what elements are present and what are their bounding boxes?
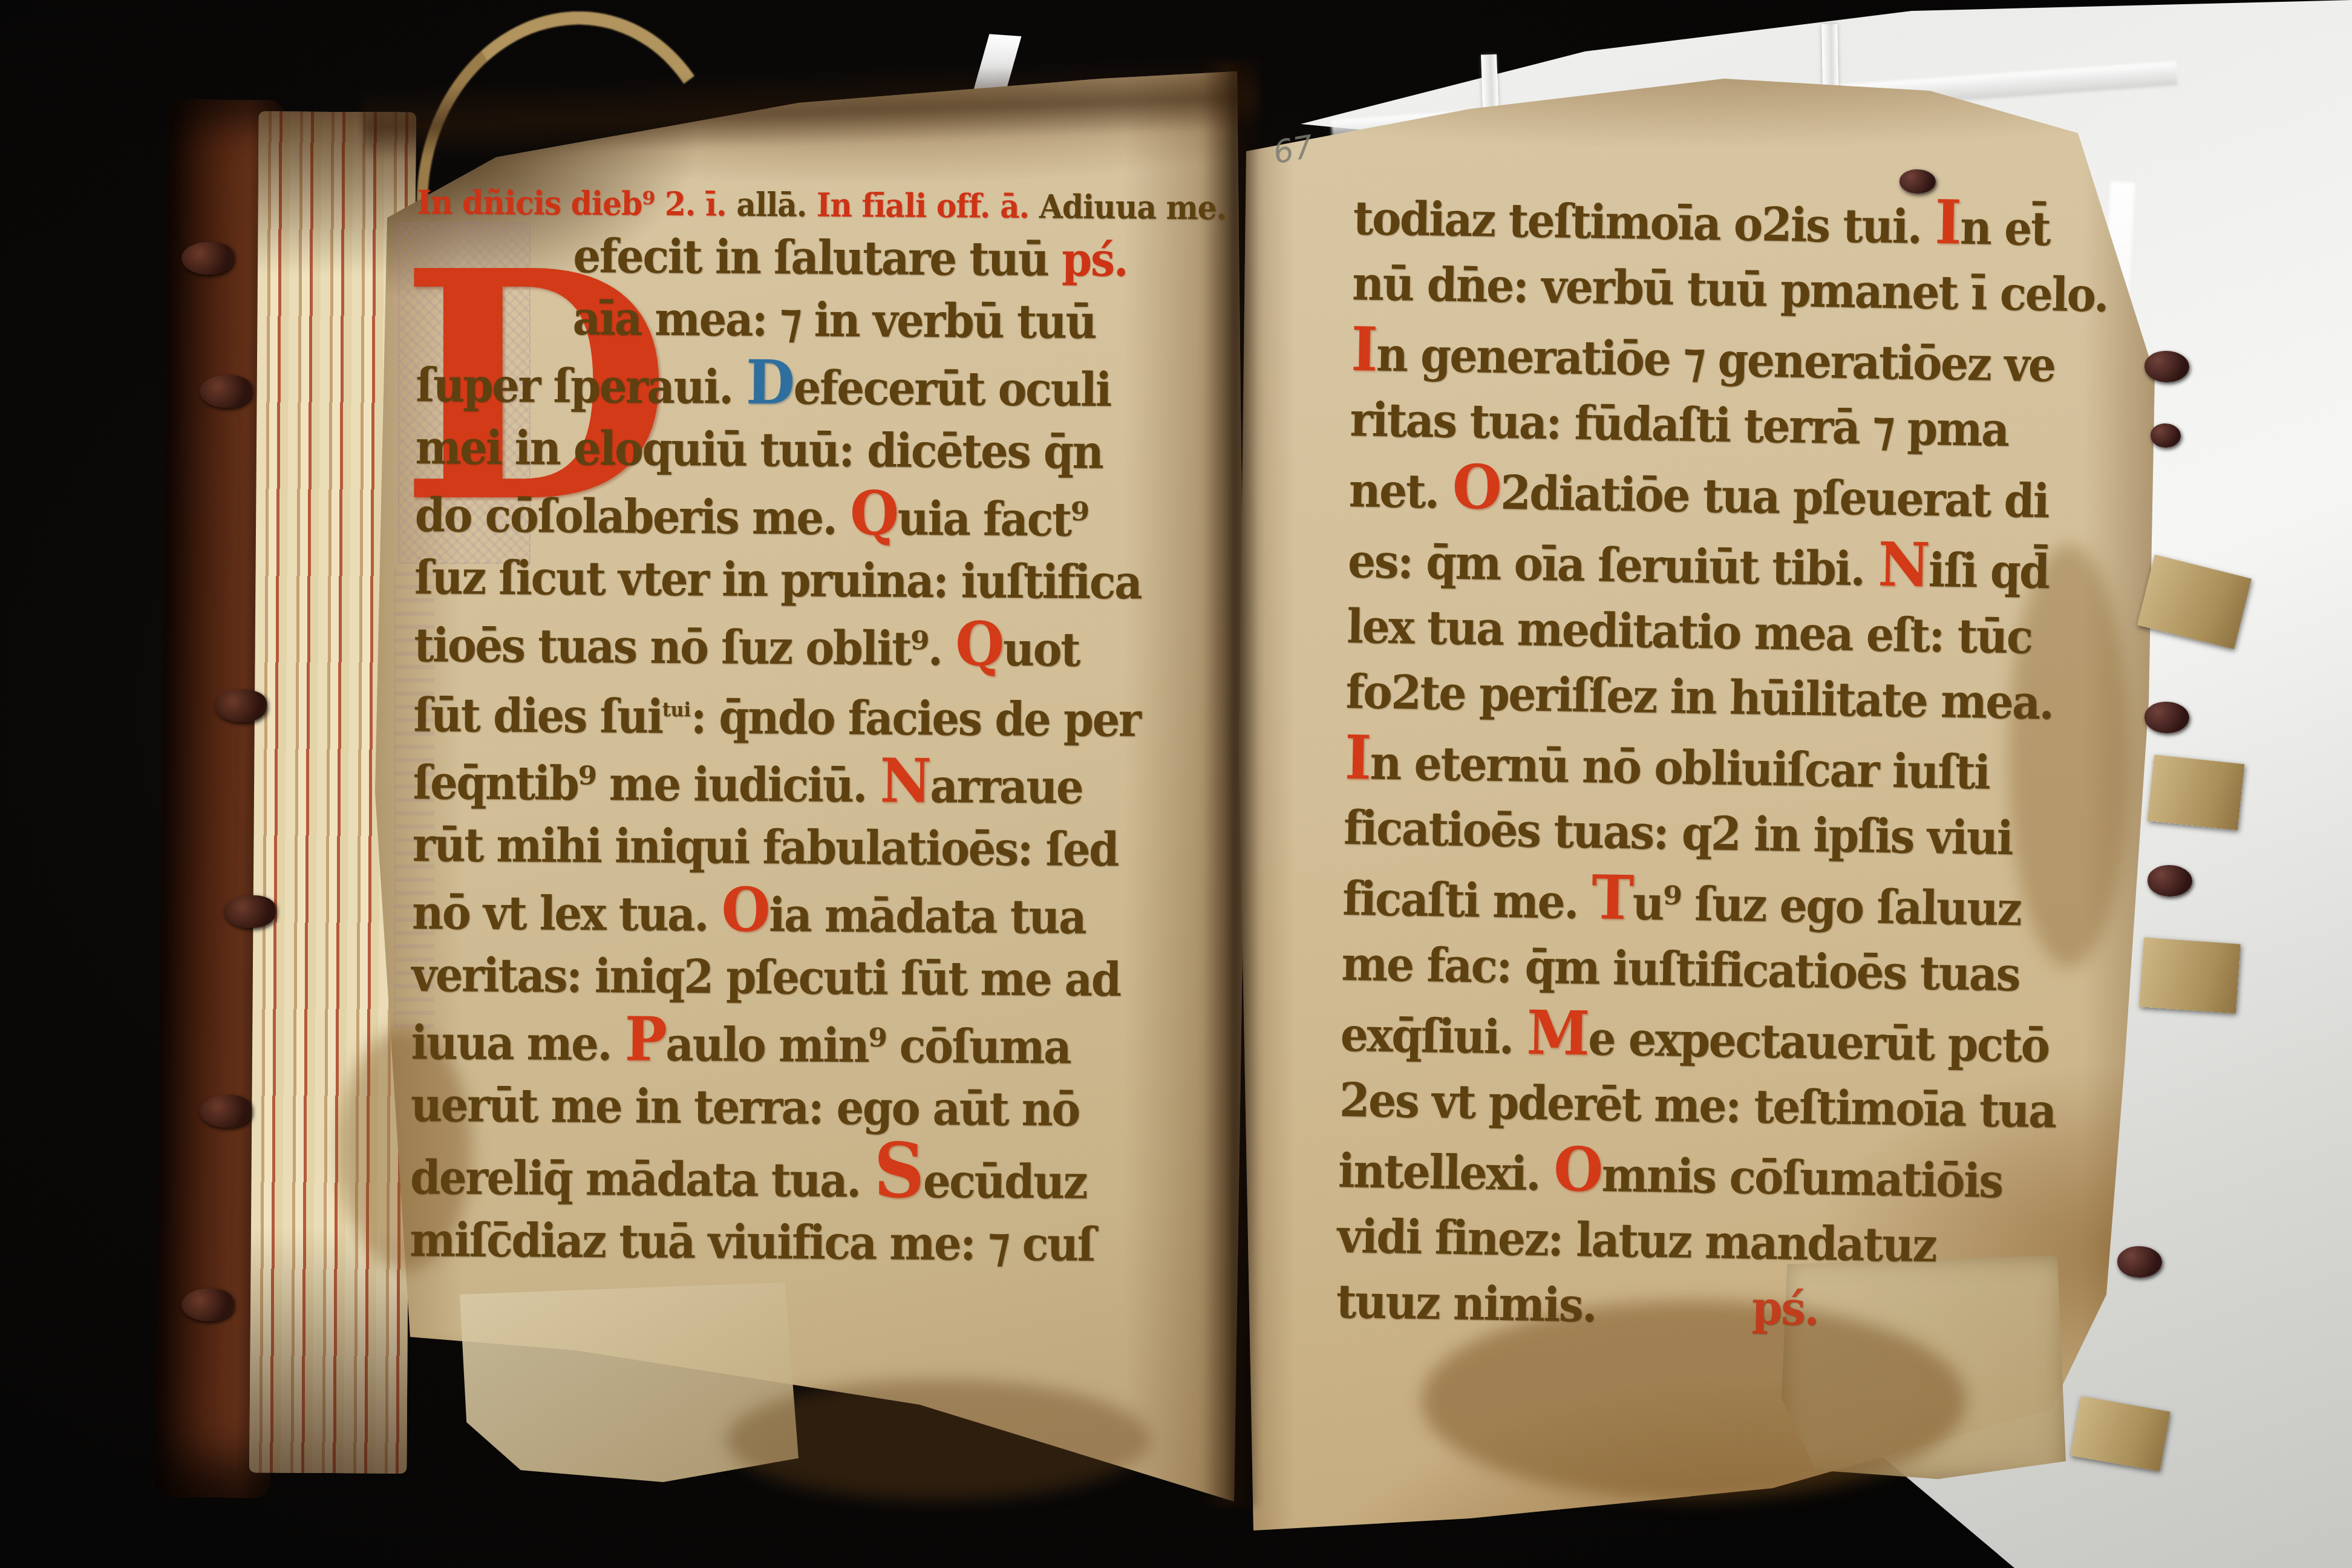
- fore-edge-tab: [2148, 754, 2245, 830]
- rubric-initial-segment: O: [721, 874, 769, 946]
- stain: [726, 1379, 1149, 1500]
- text-segment: ficatioēs tuas: q2 in ipſis viui: [1343, 801, 2012, 866]
- text-line: tuuz nimis. pś.: [1336, 1269, 2065, 1346]
- text-line: ficatioēs tuas: q2 in ipſis viui: [1343, 795, 2072, 872]
- text-segment: n generatiōe ⁊ generatiōez ve: [1376, 328, 2055, 393]
- text-segment: dereliq̄ mādata tua.: [410, 1151, 874, 1208]
- text-line: mei in eloquiū tuū: dicētes q̄n: [415, 417, 1214, 485]
- faded-rubric-segment: pś.: [1751, 1281, 1818, 1337]
- sup-segment: tui: [662, 698, 691, 721]
- rubric-initial-segment: P: [624, 1004, 666, 1075]
- text-segment: n et̄: [1959, 201, 2050, 256]
- large-initial-segment: S: [874, 1127, 923, 1216]
- binding-knob: [181, 1289, 234, 1321]
- text-segment: efecit in ſalutare tuū: [573, 229, 1062, 287]
- text-line: rūt mihi iniqui fabulatioēs: ſed: [413, 814, 1212, 882]
- text-line: fo2te periſſez in hūilitate mea.: [1345, 659, 2074, 736]
- text-line: intellexi. Omnis cōſumatiōis: [1338, 1133, 2066, 1215]
- text-segment: : q̄ndo facies de per: [691, 690, 1140, 748]
- text-line: tioēs tuas nō ſuz oblit⁹. Quot: [414, 609, 1213, 682]
- text-line: nū dn̄e: verbū tuū pmanet ī celo.: [1351, 251, 2080, 328]
- text-segment: fo2te periſſez in hūilitate mea.: [1345, 665, 2053, 730]
- left-text-column: efecit in ſalutare tuū pś.aīa mea: ⁊ in …: [410, 224, 1216, 1278]
- text-segment: u⁹ ſuz ego ſaluuz: [1632, 876, 2021, 936]
- rubric-initial-segment: N: [880, 745, 930, 817]
- rubric-initial-segment: T: [1591, 861, 1633, 933]
- text-segment: ſuz ſicut vter in pruina: iuſtifica: [414, 550, 1142, 610]
- text-line: exq̄ſiui. Me expectauerūt pctō: [1340, 997, 2069, 1079]
- text-segment: allā.: [736, 185, 817, 224]
- text-segment: rūt mihi iniqui fabulatioēs: ſed: [413, 818, 1119, 877]
- text-segment: veritas: iniq2 pſecuti ſūt me ad: [411, 948, 1120, 1007]
- text-segment: uia fact⁹: [897, 492, 1088, 547]
- text-segment: me fac: q̄m iuſtificatioēs tuas: [1341, 937, 2020, 1002]
- text-segment: nō vt lex tua.: [412, 886, 722, 942]
- text-line: ſuper ſperaui. Defecerūt oculi: [416, 349, 1215, 422]
- text-line: iuua me. Paulo min⁹ cōſuma: [411, 1007, 1210, 1080]
- text-segment: n eternū nō obliuiſcar iuſti: [1370, 736, 1990, 800]
- text-segment: uerūt me in terra: ego aūt nō: [411, 1078, 1080, 1137]
- text-segment: mei in eloquiū tuū: dicētes q̄n: [415, 420, 1102, 480]
- binding-knob: [200, 375, 252, 408]
- text-segment: ſeq̄ntib⁹ me iudiciū.: [413, 756, 880, 813]
- binding-knob: [200, 1095, 252, 1128]
- rubric-initial-segment: I: [1344, 722, 1371, 794]
- rubric-initial-segment: N: [1878, 529, 1930, 601]
- text-segment: iſi qd̄: [1928, 543, 2049, 599]
- text-segment: lex tua meditatio mea eſt: tūc: [1347, 599, 2033, 665]
- text-line: todiaz teſtimoīa o2is tui. In et̄: [1353, 180, 2082, 263]
- text-segment: Adiuua me.: [1039, 187, 1227, 227]
- folio-number: 67: [1270, 129, 1316, 172]
- binding-knob: [181, 242, 234, 275]
- blue-initial-segment: D: [746, 347, 794, 419]
- text-line: aīa mea: ⁊ in verbū tuū: [416, 287, 1215, 354]
- text-segment: intellexi.: [1338, 1144, 1554, 1202]
- text-line: es: q̄m oīa ſeruiūt tibi. Niſi qd̄: [1347, 523, 2076, 606]
- text-line: veritas: iniq2 pſecuti ſūt me ad: [411, 944, 1210, 1012]
- text-line: miſc̄diaz tuā viuifica me: ⁊ cuſ: [410, 1209, 1209, 1277]
- text-segment: aulo min⁹ cōſuma: [665, 1018, 1071, 1075]
- text-segment: todiaz teſtimoīa o2is tui.: [1353, 191, 1935, 255]
- text-segment: 2diatiōe tua pſeuerat di: [1500, 466, 2049, 529]
- fore-edge-bead: [2145, 702, 2189, 733]
- text-segment: ſuper ſperaui.: [416, 358, 746, 415]
- right-text-column: todiaz teſtimoīa o2is tui. In et̄nū dn̄e…: [1336, 180, 2082, 1346]
- fore-edge-bead: [2117, 1246, 2162, 1278]
- rubric-initial-segment: O: [1452, 451, 1501, 523]
- binding-knob: [224, 895, 276, 928]
- text-line: net. O2diatiōe tua pſeuerat di: [1348, 452, 2077, 535]
- text-line: ſuz ſicut vter in pruina: iuſtifica: [414, 547, 1214, 615]
- rubric-initial-segment: O: [1553, 1133, 1602, 1205]
- text-line: efecit in ſalutare tuū pś.: [416, 224, 1215, 292]
- text-line: 2es vt pderēt me: teſtimoīa tua: [1339, 1068, 2068, 1145]
- rubric-segment: pś.: [1062, 232, 1128, 287]
- rubric-segment: In dñicis dieb⁹ 2. ī.: [417, 183, 736, 224]
- text-line: In generatiōe ⁊ generatiōez ve: [1351, 316, 2080, 399]
- left-page-text: In dñicis dieb⁹ 2. ī. allā. In fīali off…: [410, 154, 1216, 1278]
- text-segment: uot: [1003, 622, 1080, 678]
- text-segment: net.: [1348, 463, 1452, 520]
- text-segment: iuua me.: [411, 1016, 625, 1071]
- rubric-initial-segment: Q: [955, 608, 1004, 680]
- text-segment: arraue: [930, 759, 1083, 815]
- text-line: uerūt me in terra: ego aūt nō: [411, 1074, 1210, 1142]
- rubric-initial-segment: Q: [850, 477, 898, 549]
- text-line: me fac: q̄m iuſtificatioēs tuas: [1341, 932, 2070, 1008]
- text-segment: ritas tua: fūdaſti terrā ⁊ pma: [1350, 393, 2008, 457]
- right-page-text: todiaz teſtimoīa o2is tui. In et̄nū dn̄e…: [1336, 180, 2082, 1346]
- text-line: In dñicis dieb⁹ 2. ī. allā. In fīali off…: [417, 180, 1216, 230]
- fore-edge-bead: [2145, 351, 2189, 382]
- fore-edge-bead: [2148, 865, 2192, 897]
- text-line: ficaſti me. Tu⁹ ſuz ego ſaluuz: [1342, 861, 2071, 943]
- text-line: ſūt dies ſuitui: q̄ndo facies de per: [413, 677, 1212, 753]
- rubric-segment: In fīali off. ā.: [817, 186, 1039, 226]
- text-segment: e expectauerūt pctō: [1588, 1011, 2050, 1073]
- text-segment: do cōſolaberis me.: [415, 488, 851, 546]
- rubric-header: In dñicis dieb⁹ 2. ī. allā. In fīali off…: [417, 180, 1216, 230]
- text-segment: mnis cōſumatiōis: [1601, 1148, 2002, 1209]
- text-segment: ia mādata tua: [769, 889, 1086, 946]
- text-segment: efecerūt oculi: [793, 361, 1111, 417]
- text-segment: vidi finez: latuz mandatuz: [1337, 1209, 1936, 1273]
- fore-edge-bead: [1900, 169, 1936, 194]
- rubric-initial-segment: I: [1935, 186, 1961, 258]
- text-segment: ſūt dies ſui: [413, 688, 662, 744]
- text-segment: tioēs tuas nō ſuz oblit⁹.: [414, 618, 956, 676]
- fore-edge-tab: [2139, 938, 2241, 1014]
- text-line: nō vt lex tua. Oia mādata tua: [412, 877, 1211, 950]
- text-segment: ficaſti me.: [1342, 872, 1592, 930]
- binding-knob: [215, 690, 267, 722]
- text-line: In eternū nō obliuiſcar iuſti: [1344, 725, 2073, 807]
- rubric-initial-segment: I: [1351, 313, 1377, 385]
- text-segment: 2es vt pderēt me: teſtimoīa tua: [1339, 1073, 2056, 1139]
- text-segment: tuuz nimis.: [1336, 1275, 1610, 1333]
- rubric-initial-segment: M: [1526, 997, 1589, 1070]
- text-line: do cōſolaberis me. Quia fact⁹: [414, 479, 1214, 552]
- text-segment: nū dn̄e: verbū tuū pmanet ī celo.: [1352, 256, 2108, 323]
- text-line: vidi finez: latuz mandatuz: [1337, 1204, 2066, 1281]
- text-line: lex tua meditatio mea eſt: tūc: [1347, 594, 2076, 671]
- text-segment: exq̄ſiui.: [1340, 1008, 1527, 1065]
- text-segment: ecūduz: [923, 1154, 1087, 1210]
- text-segment: aīa mea: ⁊ in verbū tuū: [572, 292, 1096, 350]
- text-line: dereliq̄ mādata tua. Secūduz: [410, 1137, 1209, 1215]
- text-segment: es: q̄m oīa ſeruiūt tibi.: [1347, 534, 1878, 597]
- text-segment: miſc̄diaz tuā viuifica me: ⁊ cuſ: [410, 1213, 1094, 1272]
- text-line: ſeq̄ntib⁹ me iudiciū. Narraue: [413, 746, 1212, 820]
- fore-edge-bead: [2151, 423, 2181, 448]
- manuscript-photo: D 67 In dñicis dieb⁹ 2. ī. allā. In fīal…: [0, 0, 2352, 1568]
